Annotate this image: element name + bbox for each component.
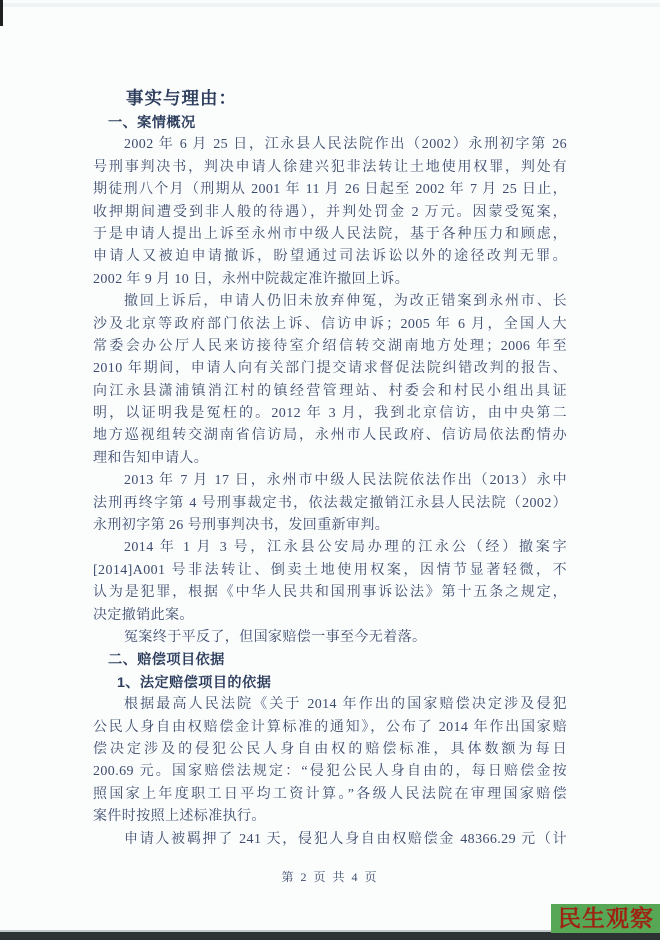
document-line: 冤案终于平反了，但国家赔偿一事至今无着落。 xyxy=(93,627,567,649)
document-line: 200.69 元。国家赔偿法规定：“侵犯公民人身自由的，每日赔偿金按 xyxy=(93,761,567,783)
scan-bottom-bar xyxy=(0,932,660,940)
document-line: 撤回上诉后，申请人仍旧未放弃伸冤，为改正错案到永州市、长 xyxy=(93,291,567,313)
document-line: 照国家上年度职工日平均工资计算。”各级人民法院在审理国家赔偿 xyxy=(93,784,567,806)
document-line: 案件时按照上述标准执行。 xyxy=(93,806,567,828)
document-body: 一、案情概况2002 年 6 月 25 日，江永县人民法院作出（2002）永刑初… xyxy=(93,112,567,851)
document-line: 沙及北京等政府部门依法上诉、信访申诉；2005 年 6 月，全国人大 xyxy=(93,314,567,336)
document-line: 2010 年期间，申请人向有关部门提交请求督促法院纠错改判的报告、 xyxy=(93,358,567,380)
document-line: 2002 年 9 月 10 日，永州中院裁定准许撤回上诉。 xyxy=(93,269,567,291)
document-line: 2002 年 6 月 25 日，江永县人民法院作出（2002）永刑初字第 26 xyxy=(93,134,567,156)
document-line: 认为是犯罪，根据《中华人民共和国刑事诉讼法》第十五条之规定， xyxy=(93,582,567,604)
document-line: 向江永县潇浦镇消江村的镇经营管理站、村委会和村民小组出具证 xyxy=(93,381,567,403)
document-line: 申请人被羁押了 241 天，侵犯人身自由权赔偿金 48366.29 元（计 xyxy=(93,829,567,851)
document-line: 偿决定涉及的侵犯公民人身自由权的赔偿标准，具体数额为每日 xyxy=(93,739,567,761)
document-line: 2014 年 1 月 3 号，江永县公安局办理的江永公（经）撤案字 xyxy=(93,537,567,559)
section-heading: 1、法定赔偿项目的依据 xyxy=(93,672,567,694)
document-line: 常委会办公厅人民来访接待室介绍信转交湖南地方处理；2006 年至 xyxy=(93,336,567,358)
scanned-document-page: 事实与理由： 一、案情概况2002 年 6 月 25 日，江永县人民法院作出（2… xyxy=(0,0,660,940)
document-line: 于是申请人提出上诉至永州市中级人民法院，基于各种压力和顾虑， xyxy=(93,224,567,246)
document-line: 号刑事判决书，判决申请人徐建兴犯非法转让土地使用权罪，判处有 xyxy=(93,157,567,179)
document-line: 期徒刑八个月（刑期从 2001 年 11 月 26 日起至 2002 年 7 月… xyxy=(93,179,567,201)
document-title: 事实与理由： xyxy=(93,84,567,112)
document-line: 收押期间遭受到非人般的待遇），并判处罚金 2 万元。因蒙受冤案， xyxy=(93,202,567,224)
scan-corner-mark xyxy=(0,0,3,26)
document-line: [2014]A001 号非法转让、倒卖土地使用权案，因情节显著轻微，不 xyxy=(93,560,567,582)
document-line: 法刑再终字第 4 号刑事裁定书，依法裁定撤销江永县人民法院（2002） xyxy=(93,493,567,515)
document-line: 理和告知申请人。 xyxy=(93,448,567,470)
document-line: 永刑初字第 26 号刑事判决书，发回重新审判。 xyxy=(93,515,567,537)
document-line: 地方巡视组转交湖南省信访局，永州市人民政府、信访局依法酌情办 xyxy=(93,425,567,447)
document-line: 明，以证明我是冤枉的。2012 年 3 月，我到北京信访，由中央第二 xyxy=(93,403,567,425)
document-line: 根据最高人民法院《关于 2014 年作出的国家赔偿决定涉及侵犯 xyxy=(93,694,567,716)
section-heading: 一、案情概况 xyxy=(93,112,567,134)
page-number-footer: 第 2 页 共 4 页 xyxy=(0,868,660,885)
scan-top-noise xyxy=(0,3,660,7)
watermark-stamp: 民生观察 xyxy=(551,904,660,933)
document-line: 申请人又被迫申请撤诉，盼望通过司法诉讼以外的途径改判无罪。 xyxy=(93,246,567,268)
section-heading: 二、赔偿项目依据 xyxy=(93,649,567,671)
document-line: 2013 年 7 月 17 日，永州市中级人民法院依法作出（2013）永中 xyxy=(93,470,567,492)
document-line: 决定撤销此案。 xyxy=(93,605,567,627)
document-content: 事实与理由： 一、案情概况2002 年 6 月 25 日，江永县人民法院作出（2… xyxy=(93,84,567,851)
document-line: 公民人身自由权赔偿金计算标准的通知》，公布了 2014 年作出国家赔 xyxy=(93,717,567,739)
